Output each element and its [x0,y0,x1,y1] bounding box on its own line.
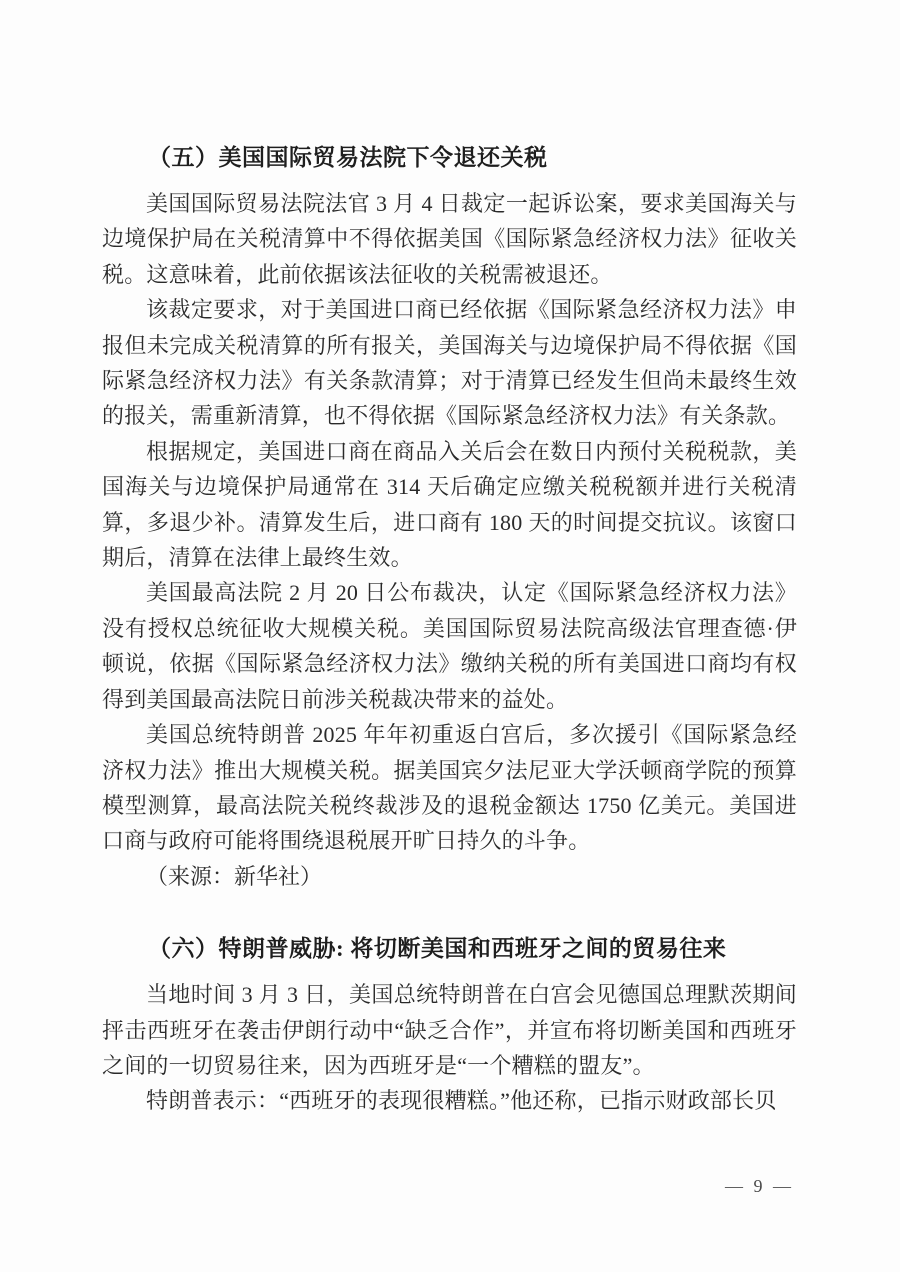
section-tariff-refund: （五）美国国际贸易法院下令退还关税 美国国际贸易法院法官 3 月 4 日裁定一起… [102,140,797,894]
section-5-paragraph-1: 美国国际贸易法院法官 3 月 4 日裁定一起诉讼案，要求美国海关与边境保护局在关… [102,186,797,292]
section-5-paragraph-5: 美国总统特朗普 2025 年年初重返白宫后，多次援引《国际紧急经济权力法》推出大… [102,717,797,859]
document-page: （五）美国国际贸易法院下令退还关税 美国国际贸易法院法官 3 月 4 日裁定一起… [0,0,900,1272]
source-line: （来源：新华社） [102,859,797,894]
section-5-paragraph-3: 根据规定，美国进口商在商品入关后会在数日内预付关税税款，美国海关与边境保护局通常… [102,434,797,576]
section-5-paragraph-4: 美国最高法院 2 月 20 日公布裁决，认定《国际紧急经济权力法》没有授权总统征… [102,575,797,717]
page-content: （五）美国国际贸易法院下令退还关税 美国国际贸易法院法官 3 月 4 日裁定一起… [102,140,797,1119]
section-6-paragraph-2: 特朗普表示：“西班牙的表现很糟糕。”他还称，已指示财政部长贝 [102,1083,797,1118]
page-number: — 9 — [725,1176,794,1197]
section-5-heading: （五）美国国际贸易法院下令退还关税 [102,140,797,175]
section-6-paragraph-1: 当地时间 3 月 3 日，美国总统特朗普在白宫会见德国总理默茨期间抨击西班牙在袭… [102,977,797,1083]
section-6-heading: （六）特朗普威胁: 将切断美国和西班牙之间的贸易往来 [102,931,797,966]
section-trump-spain: （六）特朗普威胁: 将切断美国和西班牙之间的贸易往来 当地时间 3 月 3 日，… [102,931,797,1119]
section-5-paragraph-2: 该裁定要求，对于美国进口商已经依据《国际紧急经济权力法》申报但未完成关税清算的所… [102,292,797,434]
